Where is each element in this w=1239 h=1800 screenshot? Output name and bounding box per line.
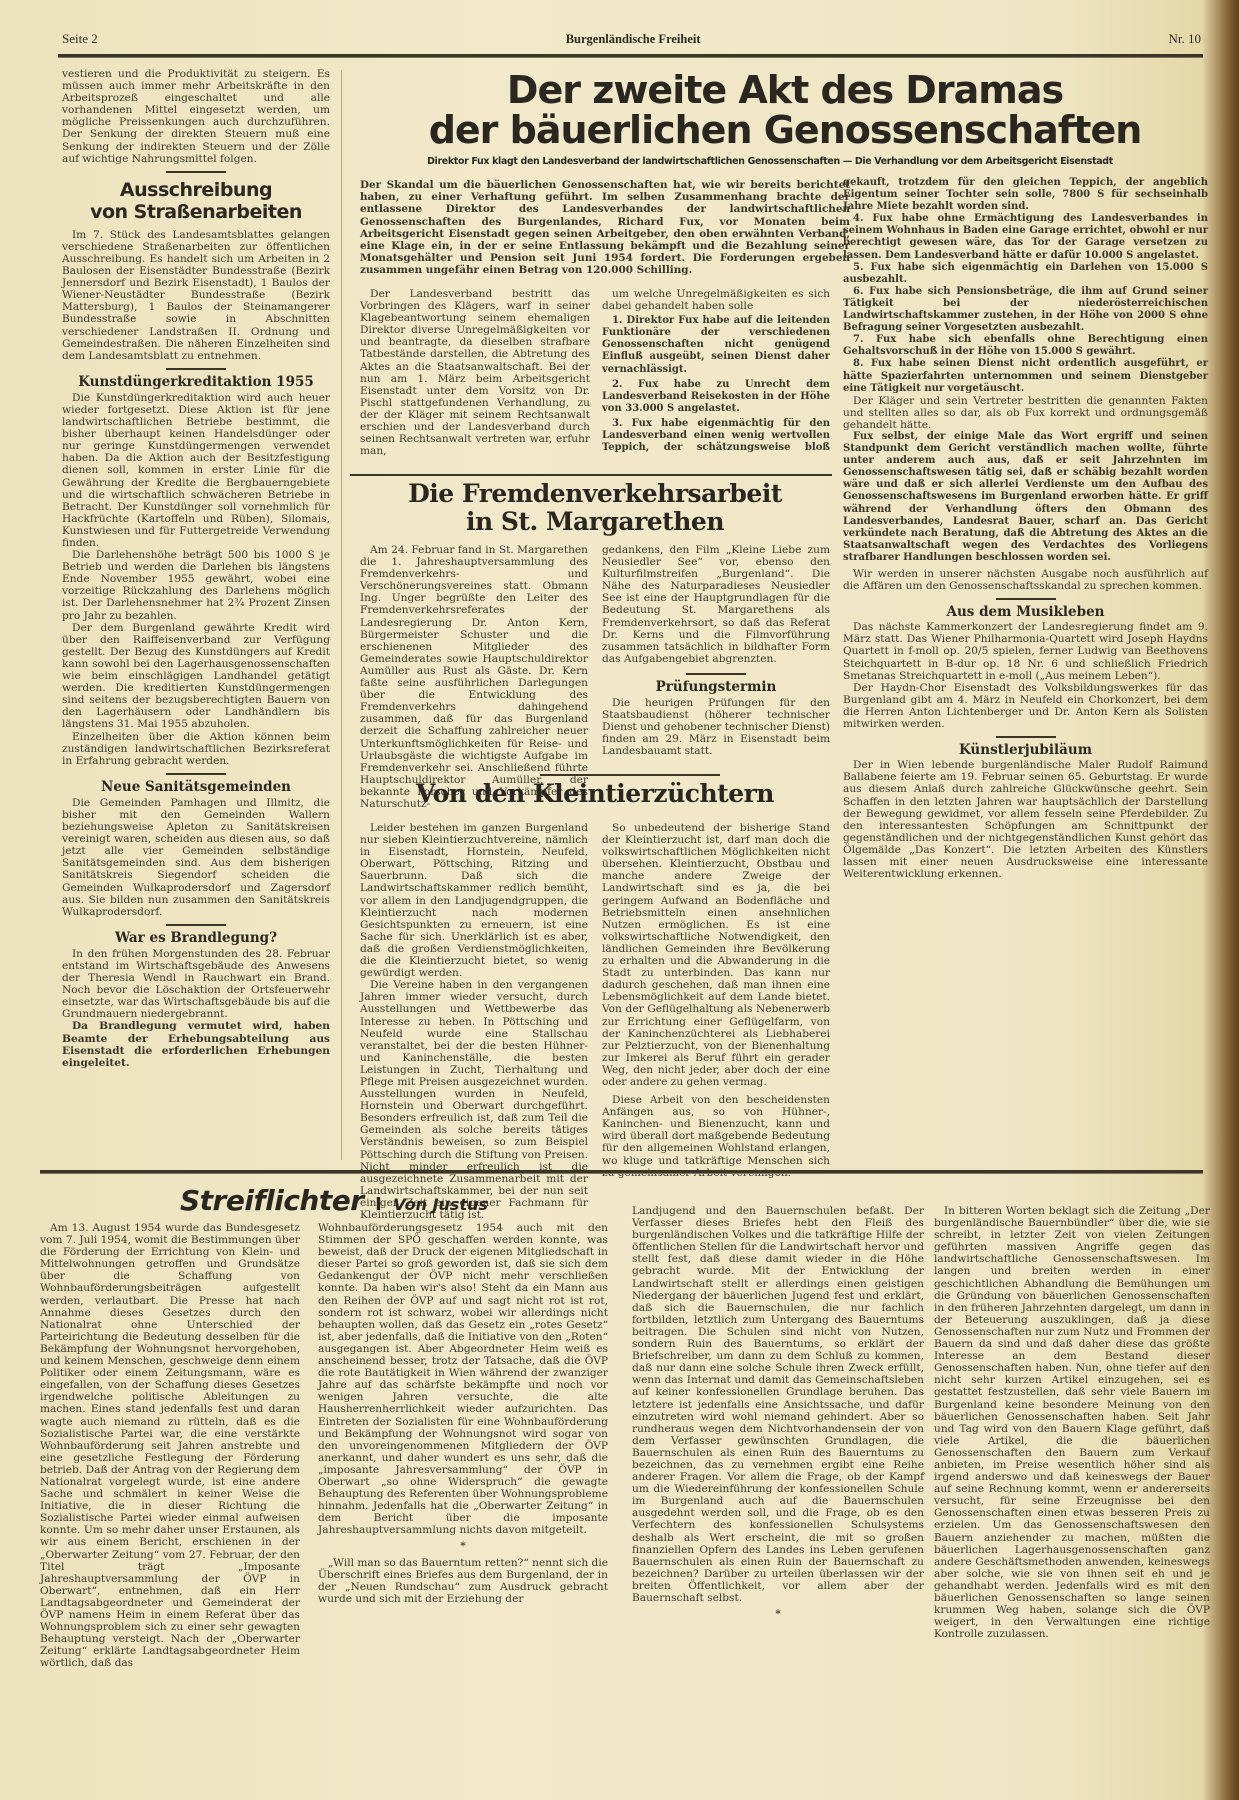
point: 7. Fux habe sich ebenfalls ohne Berechti… (843, 334, 1208, 358)
article-brand: War es Brandlegung? In den frühen Morgen… (62, 932, 330, 1069)
main-headline: Der zweite Akt des Dramas der bäuerliche… (360, 70, 1210, 150)
issue-number: Nr. 10 (1169, 31, 1202, 47)
paragraph: Wohnbauförderungsgesetz 1954 auch mit de… (318, 1222, 608, 1536)
paragraph: Leider bestehen im ganzen Burgenland nur… (360, 822, 588, 979)
main-subheadline: Direktor Fux klagt den Landesverband der… (330, 156, 1210, 167)
article-body-bold: Da Brandlegung vermutet wird, haben Beam… (62, 1020, 330, 1068)
paragraph: Einzelheiten über die Aktion können beim… (62, 731, 330, 767)
divider (996, 736, 1056, 738)
divider (166, 368, 226, 370)
paragraph: Diese Arbeit von den bescheidensten Anfä… (602, 1094, 830, 1179)
point-continued: gekauft, trotzdem für den gleichen Teppi… (843, 177, 1208, 213)
paragraph: Der Haydn-Chor Eisenstadt des Volksbildu… (843, 682, 1208, 730)
column-divider (341, 70, 342, 1160)
point: 2. Fux habe zu Unrecht dem Landesverband… (602, 379, 830, 415)
streiflichter-col-4: In bitteren Worten beklagt sich die Zeit… (934, 1205, 1210, 1640)
streiflichter-col-2: Wohnbauförderungsgesetz 1954 auch mit de… (318, 1222, 608, 1605)
paragraph: gedankens, den Film „Kleine Liebe zum Ne… (602, 544, 830, 665)
streiflichter-title: Streiflichter (180, 1184, 364, 1217)
newspaper-title: Burgenländische Freiheit (566, 32, 701, 47)
drama-col-1: Der Landesverband bestritt das Vorbringe… (360, 288, 590, 457)
paragraph: In bitteren Worten beklagt sich die Zeit… (934, 1205, 1210, 1640)
article-kunstduenger: Kunstdüngerkreditaktion 1955 Die Kunstdü… (62, 376, 330, 767)
byline: Von Justus (393, 1195, 488, 1214)
paragraph: Wir werden in unserer nächsten Ausgabe n… (843, 568, 1208, 592)
paragraph: Die Darlehenshöhe beträgt 500 bis 1000 S… (62, 549, 330, 622)
article-body: In den frühen Morgenstunden des 28. Febr… (62, 948, 330, 1021)
article-body: Im 7. Stück des Landesamtsblattes gelang… (62, 229, 330, 362)
kleintier-col-2: So unbedeutend der bisherige Stand der K… (602, 822, 830, 1179)
streiflichter-col-1: Am 13. August 1954 wurde das Bundesgeset… (40, 1222, 300, 1669)
headline: Kunstdüngerkreditaktion 1955 (62, 376, 330, 388)
paragraph: Das nächste Kammerkonzert der Landesregi… (843, 621, 1208, 681)
streiflichter-col-3: Landjugend und den Bauernschulen befaßt.… (632, 1205, 924, 1624)
continued-text: vestieren und die Produktivität zu steig… (62, 68, 330, 165)
paragraph: Der Kläger und sein Vertreter bestritten… (843, 395, 1208, 431)
point: 4. Fux habe ohne Ermächtigung des Landes… (843, 213, 1208, 261)
fremdenverkehr-headline: Die Fremdenverkehrsarbeit in St. Margare… (360, 480, 830, 536)
fremdenverkehr-col-2: gedankens, den Film „Kleine Liebe zum Ne… (602, 544, 830, 758)
masthead: Seite 2 Burgenländische Freiheit Nr. 10 (62, 26, 1201, 52)
star-separator: * (632, 1608, 924, 1620)
paragraph: „Will man so das Bauerntum retten?“ nenn… (318, 1557, 608, 1605)
drama-lead: Der Skandal um die bäuerlichen Genossens… (360, 179, 850, 277)
pruefung-headline: Prüfungstermin (602, 681, 830, 693)
star-separator: * (318, 1540, 608, 1552)
article-body: Der in Wien lebende burgenländische Male… (843, 759, 1208, 880)
headline: Ausschreibung von Straßenarbeiten (62, 179, 330, 223)
article-body: Die Gemeinden Pamhagen und Illmitz, die … (62, 797, 330, 918)
kleintier-col-1: Leider bestehen im ganzen Burgenland nur… (360, 822, 588, 1221)
paragraph: Der dem Burgenland gewährte Kredit wird … (62, 622, 330, 731)
divider (166, 773, 226, 775)
divider (686, 673, 746, 675)
point: 6. Fux habe sich Pensionsbeträge, die ih… (843, 286, 1208, 334)
pruefung-body: Die heurigen Prüfungen für den Staatsbau… (602, 697, 830, 757)
paragraph-bold: Fux selbst, der einige Male das Wort erg… (843, 431, 1208, 564)
paragraph: Am 24. Februar fand in St. Margarethen d… (360, 544, 588, 810)
paragraph: Landjugend und den Bauernschulen befaßt.… (632, 1205, 924, 1604)
page-number: Seite 2 (62, 31, 98, 47)
point: 1. Direktor Fux habe auf die leitenden F… (602, 315, 830, 375)
drama-col-3: gekauft, trotzdem für den gleichen Teppi… (843, 177, 1208, 880)
paragraph: Der Landesverband bestritt das Vorbringe… (360, 288, 590, 457)
article-kuenstler: Künstlerjubiläum Der in Wien lebende bur… (843, 744, 1208, 880)
left-column: vestieren und die Produktivität zu steig… (62, 68, 330, 1069)
point: 3. Fux habe eigenmächtig für den Landesv… (602, 418, 830, 454)
headline: Neue Sanitätsgemeinden (62, 781, 330, 793)
paragraph: Am 13. August 1954 wurde das Bundesgeset… (40, 1222, 300, 1669)
fremdenverkehr-col-1: Am 24. Februar fand in St. Margarethen d… (360, 544, 588, 810)
article-musik: Aus dem Musikleben Das nächste Kammerkon… (843, 606, 1208, 730)
separator: I (375, 1194, 382, 1215)
newspaper-page: Seite 2 Burgenländische Freiheit Nr. 10 … (0, 0, 1239, 1800)
divider (166, 171, 226, 173)
headline: War es Brandlegung? (62, 932, 330, 944)
point: 8. Fux habe seinen Dienst nicht ordentli… (843, 358, 1208, 394)
drama-col-2: um welche Unregelmäßigkeiten es sich dab… (602, 288, 830, 454)
article-sanitaet: Neue Sanitätsgemeinden Die Gemeinden Pam… (62, 781, 330, 918)
divider (166, 924, 226, 926)
section-rule (350, 474, 832, 476)
kleintier-headline: Von den Kleintierzüchtern (360, 780, 830, 808)
headline: Künstlerjubiläum (843, 744, 1208, 756)
paragraph: So unbedeutend der bisherige Stand der K… (602, 822, 830, 1088)
divider (996, 598, 1056, 600)
paragraph: um welche Unregelmäßigkeiten es sich dab… (602, 288, 830, 312)
section-rule (540, 774, 720, 776)
streiflichter-rule (40, 1170, 1203, 1174)
article-ausschreibung: Ausschreibung von Straßenarbeiten Im 7. … (62, 179, 330, 362)
headline: Aus dem Musikleben (843, 606, 1208, 618)
masthead-rule (58, 54, 1203, 58)
paragraph: Die Kunstdüngerkreditaktion wird auch he… (62, 392, 330, 549)
point: 5. Fux habe sich eigenmächtig ein Darleh… (843, 262, 1208, 286)
